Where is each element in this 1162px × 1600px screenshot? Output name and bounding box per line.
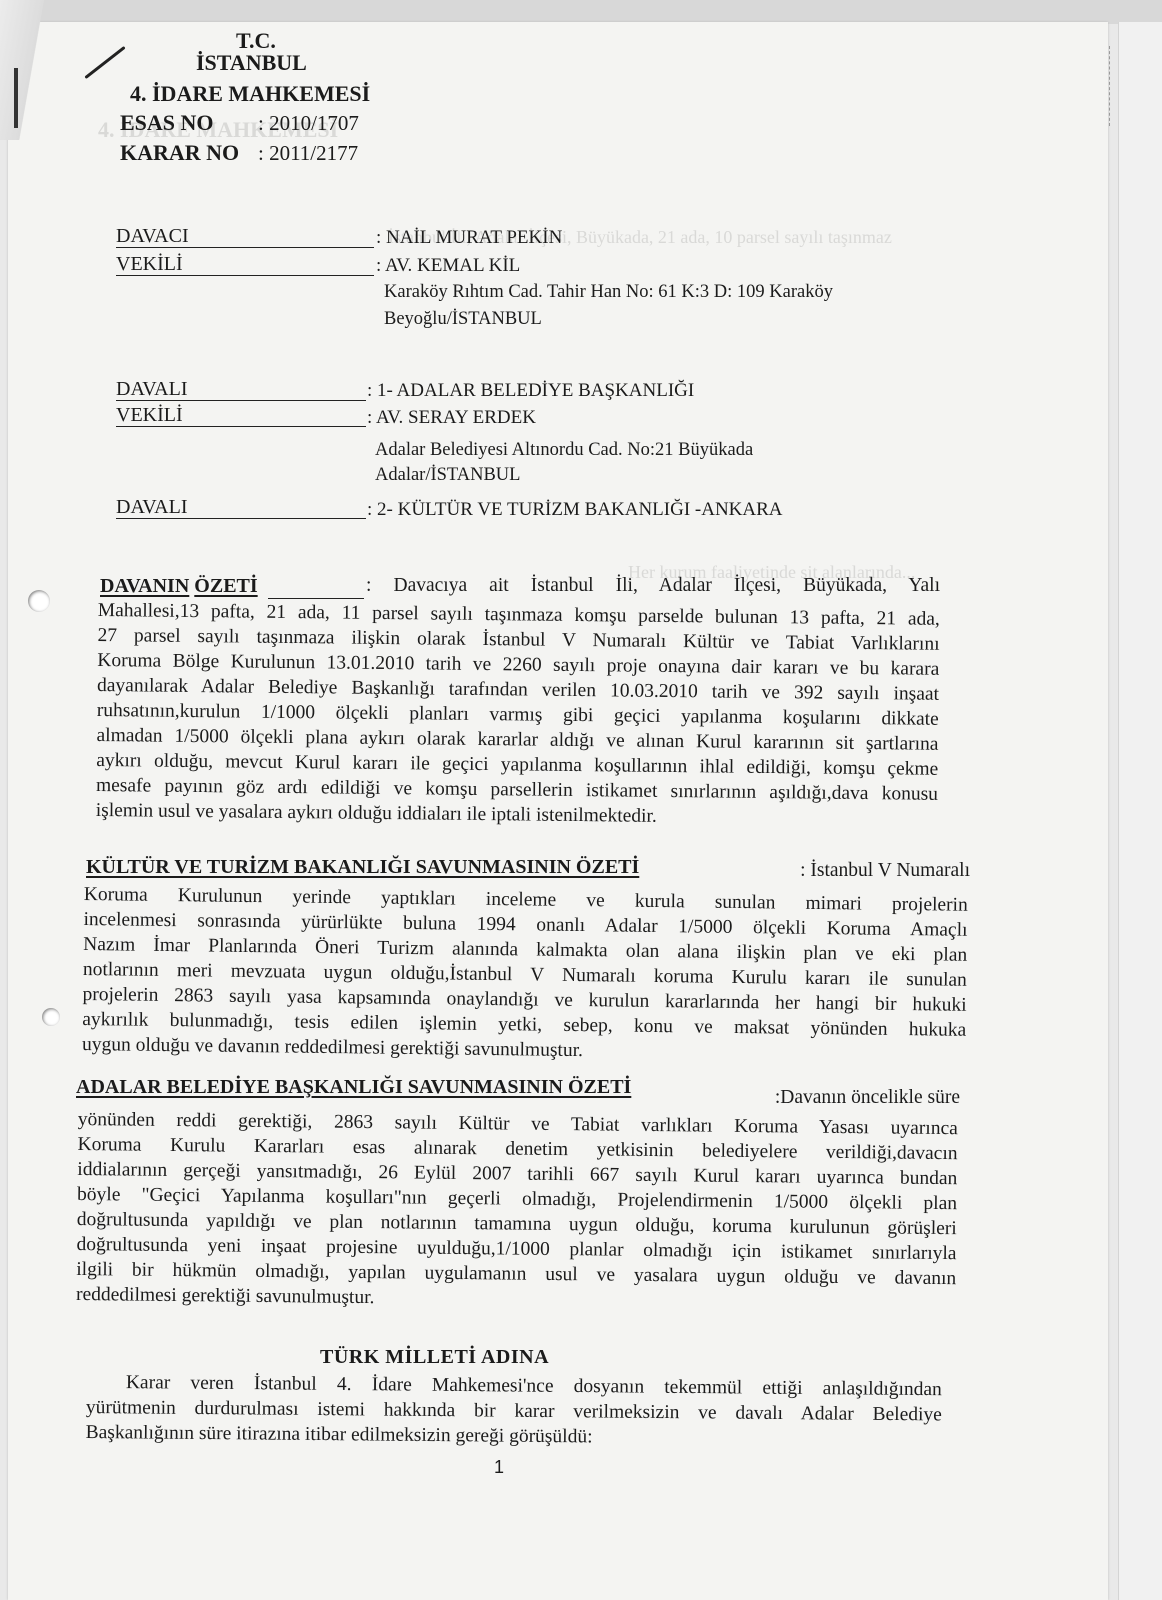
fold-mark [1109, 46, 1110, 126]
page-corner-fold [0, 0, 48, 140]
belediye-savunma-first-line: :Davanın öncelikle süre [760, 1085, 960, 1110]
header-tc: T.C. [236, 30, 276, 52]
davaci-vekil-value: : AV. KEMAL KİL [376, 256, 520, 275]
text-line: :Davanın öncelikle süre [760, 1085, 960, 1110]
text-line: : İstanbul V Numaralı [760, 858, 970, 883]
belediye-savunma-body: yönünden reddi gerektiği, 2863 sayılı Kü… [76, 1107, 958, 1316]
label-underline [116, 400, 366, 401]
davanin-ozeti-title: DAVANIN ÖZETİ [100, 576, 258, 596]
punch-hole [42, 1008, 60, 1026]
belediye-savunma-title-text: ADALAR BELEDİYE BAŞKANLIĞI SAVUNMASININ … [76, 1076, 631, 1098]
davaci-vekil-label: VEKİLİ [116, 254, 183, 274]
bakanlik-savunma-first-line: : İstanbul V Numaralı [760, 858, 970, 883]
label-underline [268, 598, 364, 599]
davali2-value: : 2- KÜLTÜR VE TURİZM BAKANLIĞI -ANKARA [367, 500, 783, 519]
text-line: : Davacıya ait İstanbul İli, Adalar İlçe… [366, 573, 940, 598]
scan-background [0, 0, 1162, 24]
label-underline [116, 518, 366, 519]
davaci-vekil-address-line: Karaköy Rıhtım Cad. Tahir Han No: 61 K:3… [384, 283, 833, 302]
belediye-savunma-title: ADALAR BELEDİYE BAŞKANLIĞI SAVUNMASININ … [76, 1077, 631, 1097]
davali1-label: DAVALI [116, 379, 188, 399]
karar-no-value: : 2011/2177 [258, 143, 358, 164]
davali2-label: DAVALI [116, 497, 188, 517]
pen-mark [14, 68, 18, 128]
davaci-label: DAVACI [116, 226, 189, 246]
label-underline [116, 426, 366, 427]
karar-no-label: KARAR NO [120, 142, 239, 164]
karar-body: yürütmenin durdurulması istemi hakkında … [86, 1395, 942, 1452]
label-underline [116, 247, 374, 248]
davali1-value: : 1- ADALAR BELEDİYE BAŞKANLIĞI [367, 381, 694, 400]
davanin-ozeti-first-line: : Davacıya ait İstanbul İli, Adalar İlçe… [366, 573, 940, 598]
turk-milleti-adina-heading: TÜRK MİLLETİ ADINA [320, 1347, 549, 1367]
davanin-ozeti-title-b: ÖZETİ [194, 576, 257, 596]
davanin-ozeti-body: Mahallesi,13 pafta, 21 ada, 11 parsel sa… [96, 598, 940, 832]
label-underline [116, 275, 374, 276]
punch-hole [28, 590, 50, 612]
header-city: İSTANBUL [196, 52, 307, 74]
davanin-ozeti-title-a: DAVANIN [100, 576, 189, 596]
header-court: 4. İDARE MAHKEMESİ [130, 83, 370, 105]
davali1-vekil-address-line: Adalar Belediyesi Altınordu Cad. No:21 B… [375, 441, 753, 460]
davali1-vekil-value: : AV. SERAY ERDEK [367, 408, 536, 427]
page-number: 1 [494, 1458, 504, 1476]
davaci-value: : NAİL MURAT PEKİN [376, 228, 562, 247]
davali1-vekil-address-line: Adalar/İSTANBUL [375, 466, 520, 485]
bakanlik-savunma-body: Koruma Kurulunun yerinde yaptıkları ince… [82, 882, 968, 1068]
bakanlik-savunma-title: KÜLTÜR VE TURİZM BAKANLIĞI SAVUNMASININ … [86, 857, 639, 877]
esas-no-label: ESAS NO [120, 112, 214, 134]
next-page-edge [1118, 22, 1162, 1600]
esas-no-value: : 2010/1707 [258, 113, 359, 134]
bakanlik-savunma-title-text: KÜLTÜR VE TURİZM BAKANLIĞI SAVUNMASININ … [86, 856, 639, 878]
davaci-vekil-address-line: Beyoğlu/İSTANBUL [384, 310, 542, 329]
davali1-vekil-label: VEKİLİ [116, 405, 183, 425]
